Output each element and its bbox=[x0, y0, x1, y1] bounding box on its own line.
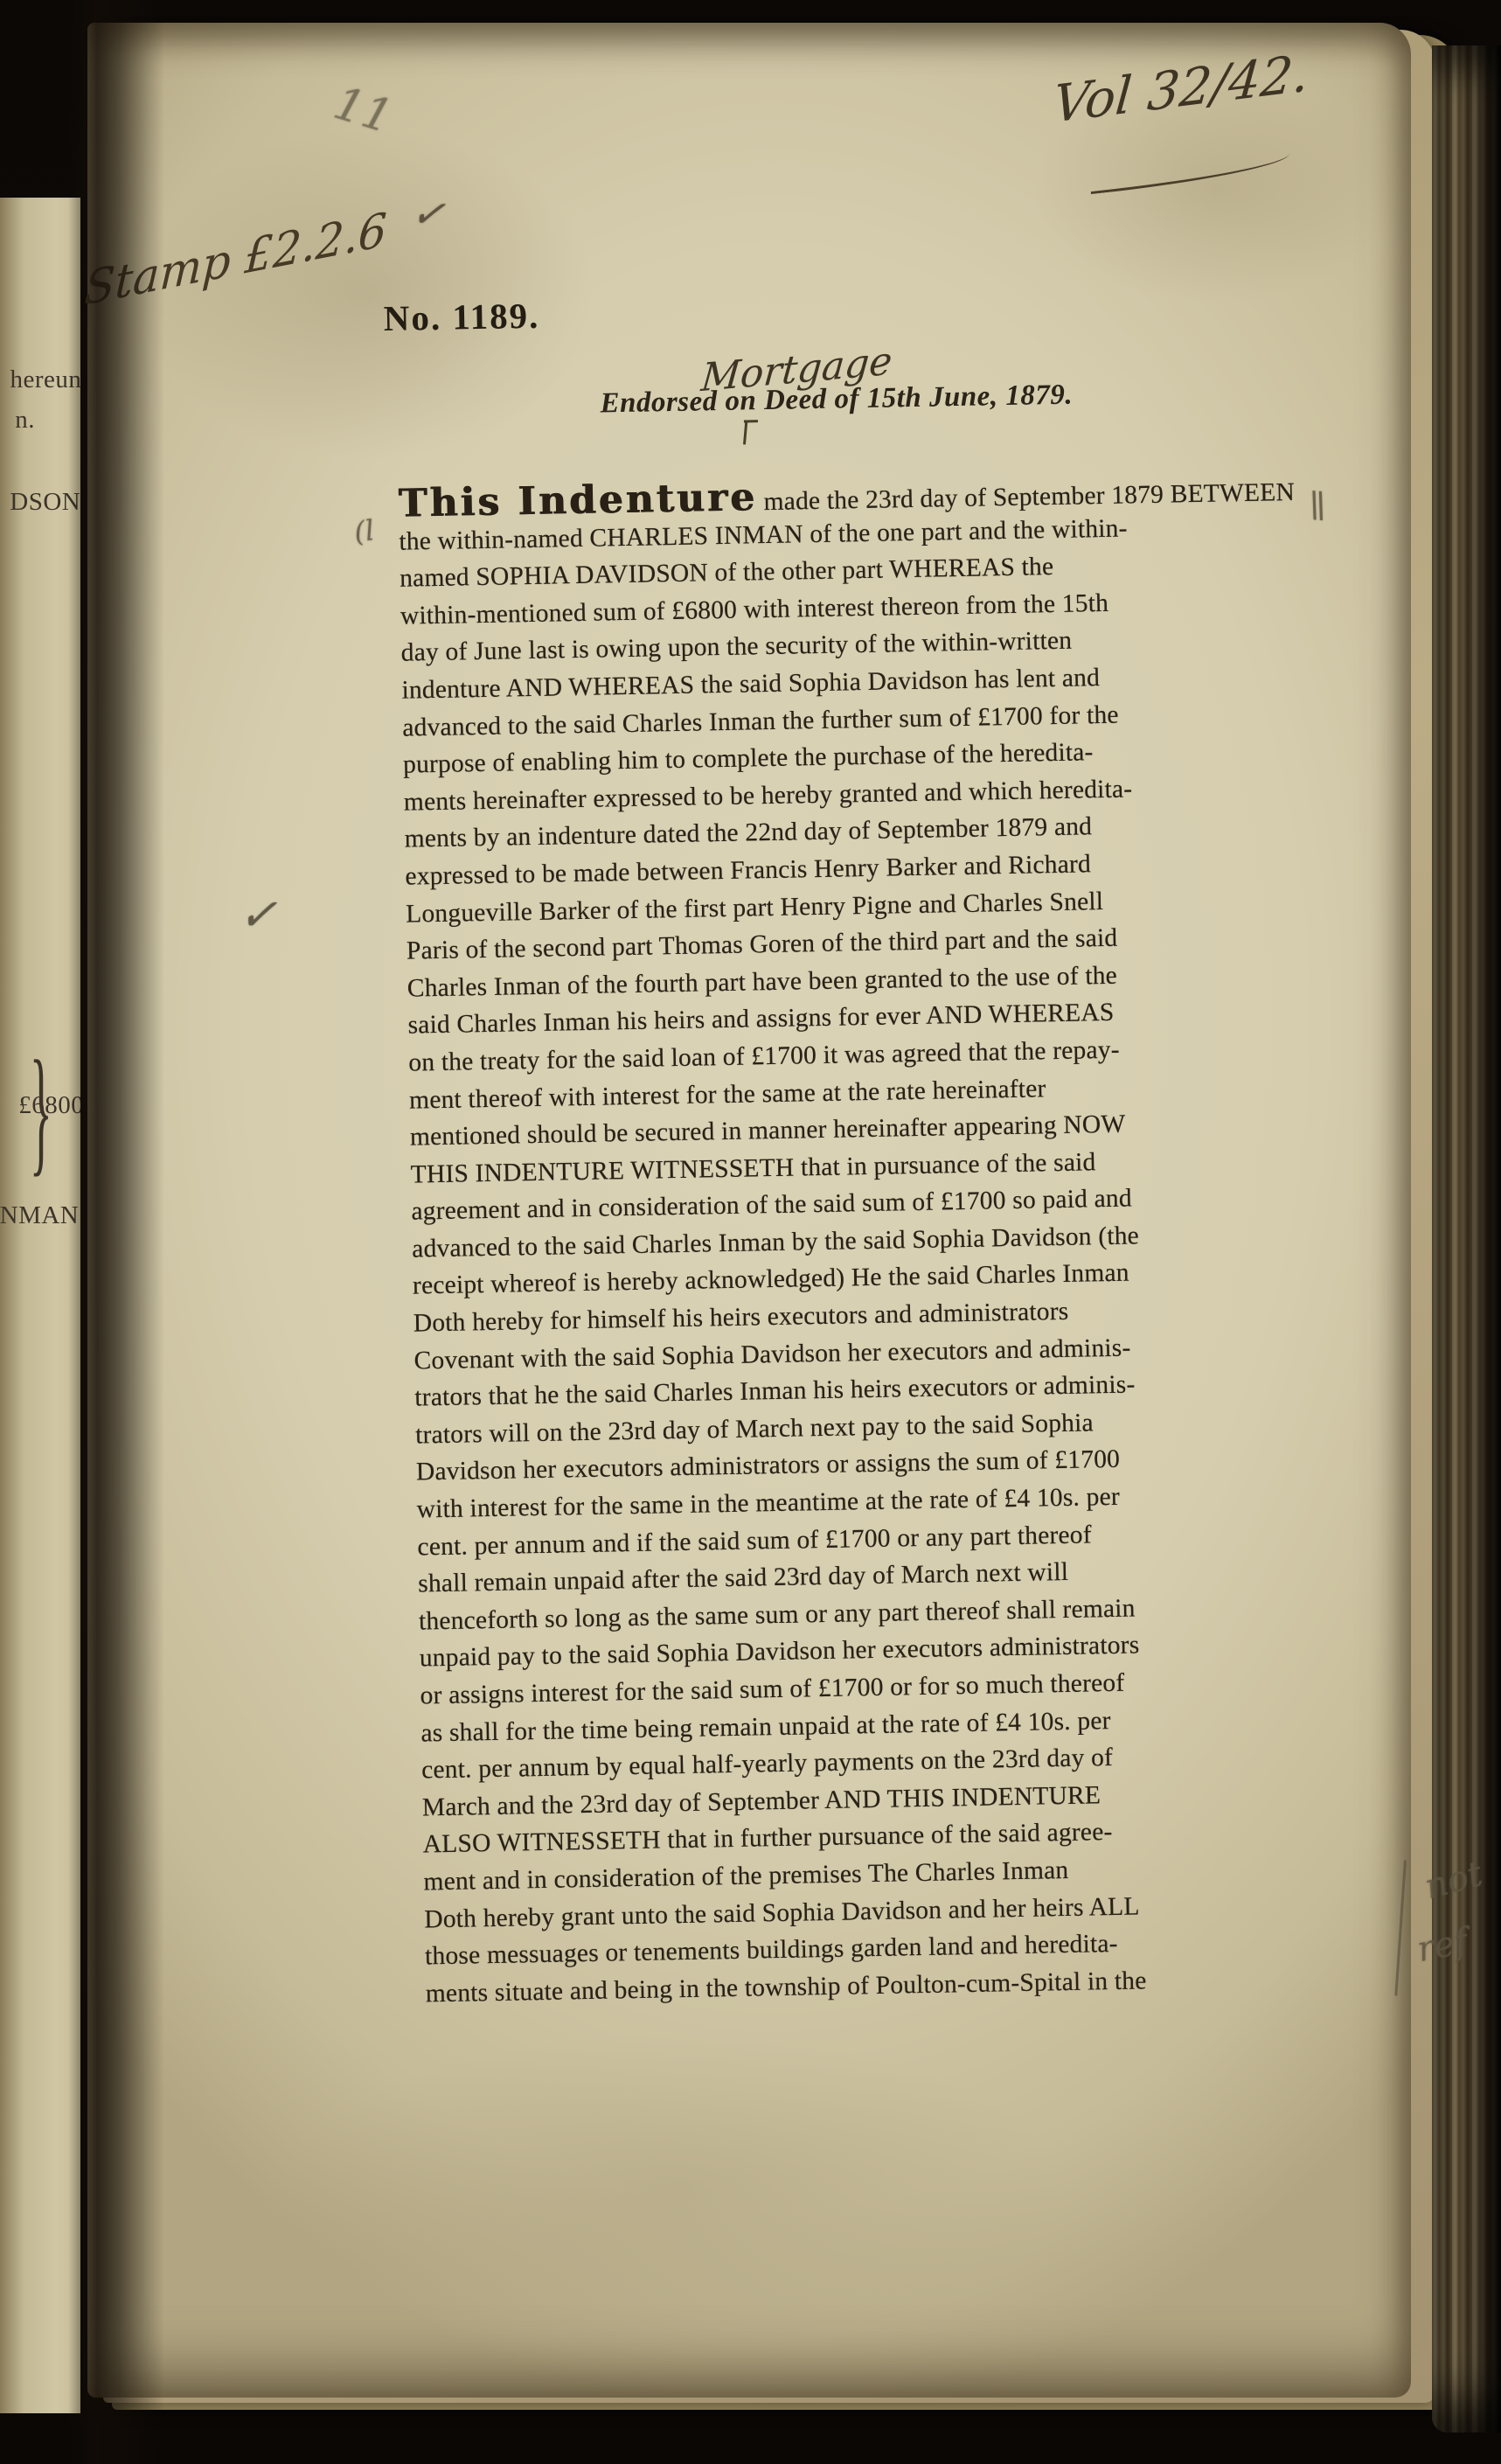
facing-page-amount-fragment: £6800. bbox=[18, 1091, 80, 1120]
facing-page-text-fragment: hereunt bbox=[10, 365, 80, 394]
deed-body-text: This Indenture made the 23rd day of Sept… bbox=[398, 470, 1331, 2013]
volume-annotation: Vol 32/42. bbox=[1051, 43, 1311, 135]
underline-flourish bbox=[1088, 148, 1291, 194]
facing-page-edge: hereunt n. DSON. } £6800. NMAN. bbox=[0, 198, 80, 2413]
facing-page-name-fragment: NMAN. bbox=[0, 1201, 80, 1230]
facing-page-text-fragment: n. bbox=[15, 406, 35, 435]
document-page: 11 Vol 32/42. ✓ Stamp £2.2.6 No. 1189. M… bbox=[87, 23, 1411, 2398]
checkmark-margin: ✓ bbox=[238, 888, 279, 943]
stamp-annotation: Stamp £2.2.6 bbox=[83, 203, 388, 316]
facing-page-text-fragment: DSON. bbox=[10, 488, 80, 517]
pencil-mark-top: 11 bbox=[328, 77, 399, 144]
pencil-mark-line2-left: (l bbox=[352, 513, 376, 549]
document-number: No. 1189. bbox=[383, 295, 539, 339]
insertion-caret-mark bbox=[744, 420, 762, 446]
page-content: 11 Vol 32/42. ✓ Stamp £2.2.6 No. 1189. M… bbox=[83, 1, 1450, 2399]
caret-stroke bbox=[744, 420, 758, 422]
pencil-mark-line2-right: \\ bbox=[1307, 484, 1324, 526]
checkmark-stamp: ✓ bbox=[408, 188, 448, 239]
endorsement-title: Endorsed on Deed of 15th June, 1879. bbox=[600, 379, 1073, 421]
pencil-bracket-mark bbox=[1394, 1860, 1407, 1996]
book-scan: hereunt n. DSON. } £6800. NMAN. 11 Vol 3… bbox=[0, 0, 1501, 2464]
caret-stroke bbox=[743, 420, 747, 444]
